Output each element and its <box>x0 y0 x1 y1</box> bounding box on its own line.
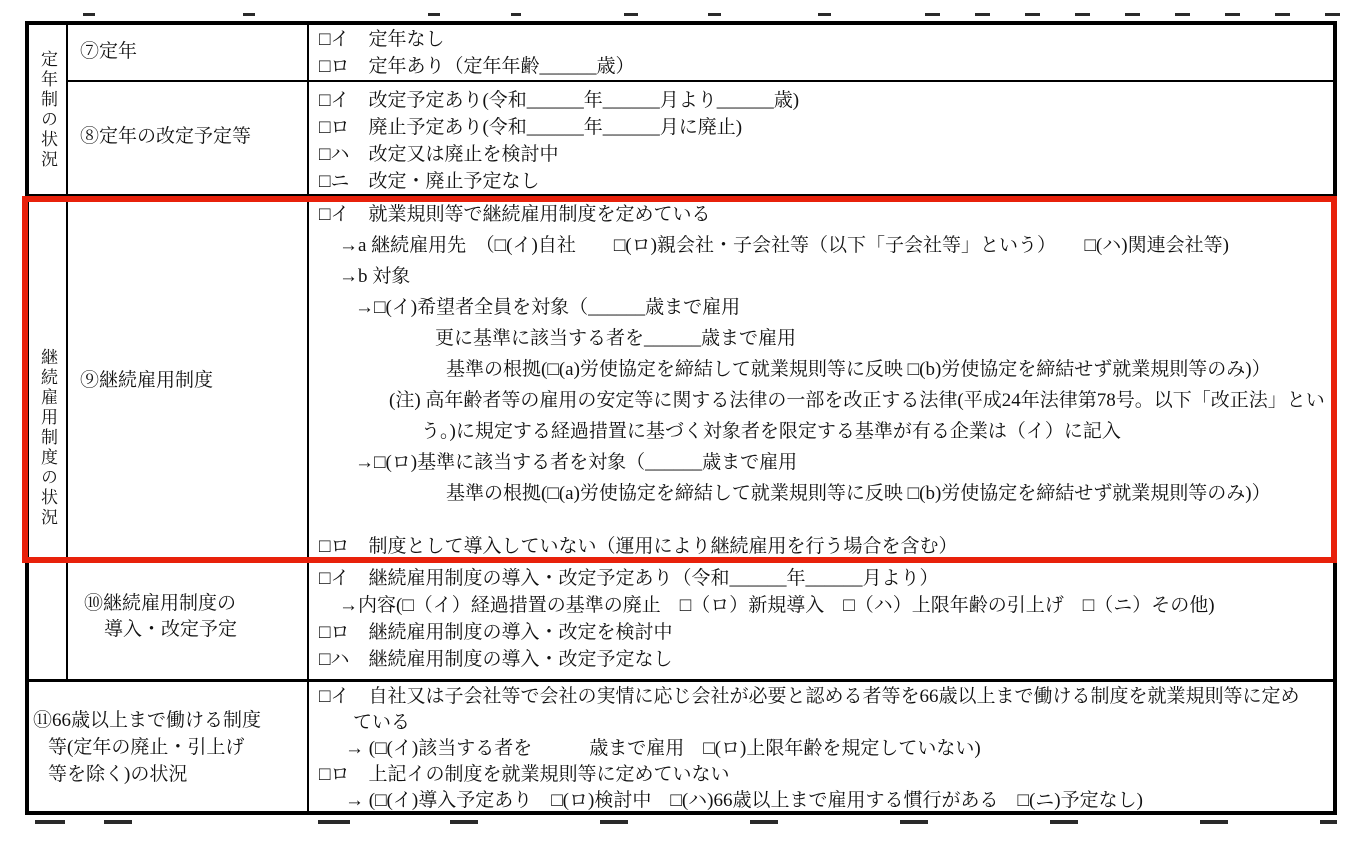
option-line[interactable]: □イ 定年なし <box>309 26 1335 53</box>
cropped-row-tick <box>450 820 478 824</box>
section-label-teinen: 定年制の状況 <box>29 25 66 194</box>
option-line[interactable]: □ハ 改定又は廃止を検討中 <box>309 141 1335 168</box>
row10-label-line: ⑩継続雇用制度の <box>84 591 237 617</box>
cropped-row-tick <box>1200 820 1228 824</box>
option-line[interactable]: □イ 就業規則等で継続雇用制度を定めている <box>309 199 1335 230</box>
cropped-row-tick <box>104 820 132 824</box>
cropped-row-tick <box>600 820 628 824</box>
option-line[interactable]: □ロ 上記イの制度を就業規則等に定めていない <box>309 762 1335 788</box>
option-line: ている <box>309 710 1335 736</box>
cropped-row-tick <box>1320 820 1337 824</box>
cropped-row-tick <box>750 820 778 824</box>
option-line[interactable]: □ロ 制度として導入していない（運用により継続雇用を行う場合を含む） <box>309 531 1335 562</box>
row7-label: ⑦定年 <box>80 39 137 65</box>
row11-content: □イ 自社又は子会社等で会社の実情に応じ会社が必要と認める者等を66歳以上まで働… <box>309 684 1335 814</box>
row10-label: ⑩継続雇用制度の 導入・改定予定 <box>84 591 237 643</box>
option-line: →b 対象 <box>309 261 1335 292</box>
row8-label: ⑧定年の改定予定等 <box>80 124 251 150</box>
cropped-row-tick <box>83 13 95 16</box>
option-line[interactable]: □ロ 継続雇用制度の導入・改定を検討中 <box>309 619 1335 646</box>
option-line[interactable]: → (□(イ)導入予定あり □(ロ)検討中 □(ハ)66歳以上まで雇用する慣行が… <box>309 788 1335 814</box>
option-line[interactable]: □ニ 改定・廃止予定なし <box>309 168 1335 195</box>
note-line: う。)に規定する経過措置に基づく対象者を限定する基準が有る企業は（イ）に記入 <box>309 416 1335 447</box>
row10-content: □イ 継続雇用制度の導入・改定予定あり（令和______年______月より） … <box>309 565 1335 673</box>
row9-label: ⑨継続雇用制度 <box>80 368 213 394</box>
row10-label-line: 導入・改定予定 <box>84 617 237 643</box>
row11-label-line: 等を除く)の状況 <box>33 761 261 788</box>
option-line[interactable]: 基準の根拠(□(a)労使協定を締結して就業規則等に反映 □(b)労使協定を締結せ… <box>309 478 1335 509</box>
note-line: (注) 高年齢者等の雇用の安定等に関する法律の一部を改正する法律(平成24年法律… <box>309 385 1335 416</box>
option-line[interactable]: → (□(イ)該当する者を 歳まで雇用 □(ロ)上限年齢を規定していない) <box>309 736 1335 762</box>
cropped-row-tick <box>818 13 831 16</box>
row11-label-line: ⑪66歳以上まで働ける制度 <box>33 707 261 734</box>
cropped-row-tick <box>243 13 255 16</box>
grid-vline-strip <box>66 25 68 681</box>
cropped-row-tick <box>624 13 638 16</box>
option-line[interactable]: □イ 改定予定あり(令和______年______月より______歳) <box>309 87 1335 114</box>
option-line: 更に基準に該当する者を______歳まで雇用 <box>309 323 1335 354</box>
option-line[interactable]: →a 継続雇用先 （□(イ)自社 □(ロ)親会社・子会社等（以下「子会社等」とい… <box>309 230 1335 261</box>
cropped-row-tick <box>35 820 65 824</box>
option-line[interactable]: □イ 継続雇用制度の導入・改定予定あり（令和______年______月より） <box>309 565 1335 592</box>
row7-content: □イ 定年なし □ロ 定年あり（定年年齢______歳） <box>309 26 1335 80</box>
cropped-row-tick <box>708 13 721 16</box>
cropped-row-tick <box>511 13 521 16</box>
option-line[interactable]: 基準の根拠(□(a)労使協定を締結して就業規則等に反映 □(b)労使協定を締結せ… <box>309 354 1335 385</box>
option-line[interactable]: →□(イ)希望者全員を対象（______歳まで雇用 <box>309 292 1335 323</box>
row9-content: □イ 就業規則等で継続雇用制度を定めている →a 継続雇用先 （□(イ)自社 □… <box>309 199 1335 562</box>
cropped-row-ticks <box>925 13 1345 16</box>
form-page: 定年制の状況 継続雇用制度の状況 ⑦定年 □イ 定年なし □ロ 定年あり（定年年… <box>0 0 1360 842</box>
row11-label-line: 等(定年の廃止・引上げ <box>33 734 261 761</box>
row8-content: □イ 改定予定あり(令和______年______月より______歳) □ロ … <box>309 87 1335 195</box>
option-line[interactable]: □イ 自社又は子会社等で会社の実情に応じ会社が必要と認める者等を66歳以上まで働… <box>309 684 1335 710</box>
option-line[interactable]: □ロ 定年あり（定年年齢______歳） <box>309 53 1335 80</box>
option-line[interactable]: □ロ 廃止予定あり(令和______年______月に廃止) <box>309 114 1335 141</box>
cropped-row-tick <box>900 820 928 824</box>
grid-hline-r10-r11 <box>29 679 1333 682</box>
grid-hline-r7-r8 <box>66 80 1333 82</box>
option-line[interactable]: □ハ 継続雇用制度の導入・改定予定なし <box>309 646 1335 673</box>
cropped-row-tick <box>1050 820 1078 824</box>
option-line[interactable]: →内容(□（イ）経過措置の基準の廃止 □（ロ）新規導入 □（ハ）上限年齢の引上げ… <box>309 592 1335 619</box>
row11-label: ⑪66歳以上まで働ける制度 等(定年の廃止・引上げ 等を除く)の状況 <box>33 707 261 788</box>
option-line[interactable]: →□(ロ)基準に該当する者を対象（______歳まで雇用 <box>309 447 1335 478</box>
section-label-keizoku: 継続雇用制度の状況 <box>29 197 66 679</box>
cropped-row-tick <box>428 13 440 16</box>
cropped-row-tick <box>318 820 350 824</box>
